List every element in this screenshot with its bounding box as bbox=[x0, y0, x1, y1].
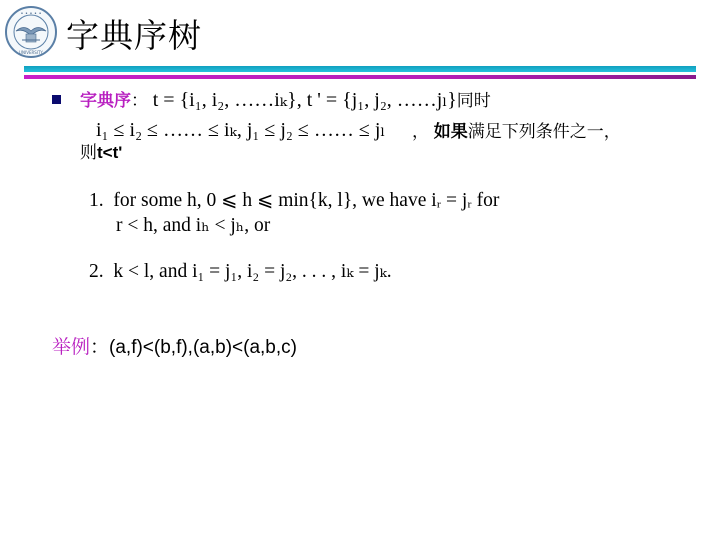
same-time-text: 同时 bbox=[457, 91, 491, 110]
svg-text:• • • • •: • • • • • bbox=[20, 11, 41, 17]
condition-2-line-1: k < l, and i₁ = j₁, i₂ = j₂, . . . , iₖ … bbox=[113, 261, 391, 282]
example-text: (a,f)<(b,f),(a,b)<(a,b,c) bbox=[109, 337, 297, 358]
condition-text: 满足下列条件之一， bbox=[468, 122, 621, 141]
university-seal-logo: • • • • • UNIVERSITY bbox=[4, 5, 58, 59]
colon: ： bbox=[131, 91, 148, 110]
i-ordering-formula: i₁ ≤ i₂ ≤ …… ≤ iₖ bbox=[96, 119, 237, 141]
condition-1-line-1: for some h, 0 ⩽ h ⩽ min{k, l}, we have i… bbox=[113, 190, 499, 211]
condition-1-number: 1. bbox=[89, 190, 104, 211]
keyword-lexicographic-order: 字典序 bbox=[80, 91, 131, 110]
condition-1-line-2: r < h, and iₕ < jₕ, or bbox=[116, 215, 270, 236]
title-divider-magenta bbox=[24, 75, 696, 79]
t-prime-definition-formula: , t ' = {j₁, j₂, ……jₗ} bbox=[297, 89, 457, 111]
condition-2-number: 2. bbox=[89, 261, 104, 282]
j-ordering-formula: , j₁ ≤ j₂ ≤ …… ≤ jₗ bbox=[237, 119, 385, 141]
slide-title: 字典序树 bbox=[66, 14, 202, 58]
definition-line-3: 则t<t' bbox=[80, 141, 122, 165]
example-line: 举例：(a,f)<(b,f),(a,b)<(a,b,c) bbox=[52, 334, 297, 362]
example-colon: ： bbox=[90, 337, 109, 358]
if-label: 如果 bbox=[434, 122, 468, 141]
t-definition-formula: t = {i₁, i₂, ……iₖ} bbox=[153, 89, 297, 111]
example-label: 举例 bbox=[52, 337, 90, 358]
definition-line-1: 字典序： t = {i₁, i₂, ……iₖ}, t ' = {j₁, j₂, … bbox=[80, 87, 491, 114]
svg-text:UNIVERSITY: UNIVERSITY bbox=[19, 50, 43, 55]
definition-line-2: i₁ ≤ i₂ ≤ …… ≤ iₖ, j₁ ≤ j₂ ≤ …… ≤ jₗ bbox=[96, 117, 385, 144]
title-divider-cyan bbox=[24, 66, 696, 72]
conclusion-formula: t<t' bbox=[97, 143, 122, 162]
condition-2: 2. k < l, and i₁ = j₁, i₂ = j₂, . . . , … bbox=[89, 257, 392, 287]
comma: ， bbox=[412, 122, 429, 141]
condition-1-continued: r < h, and iₕ < jₕ, or bbox=[116, 211, 270, 241]
then-label: 则 bbox=[80, 143, 97, 162]
condition-intro: ， 如果满足下列条件之一， bbox=[412, 120, 621, 144]
square-bullet-icon bbox=[52, 95, 61, 104]
